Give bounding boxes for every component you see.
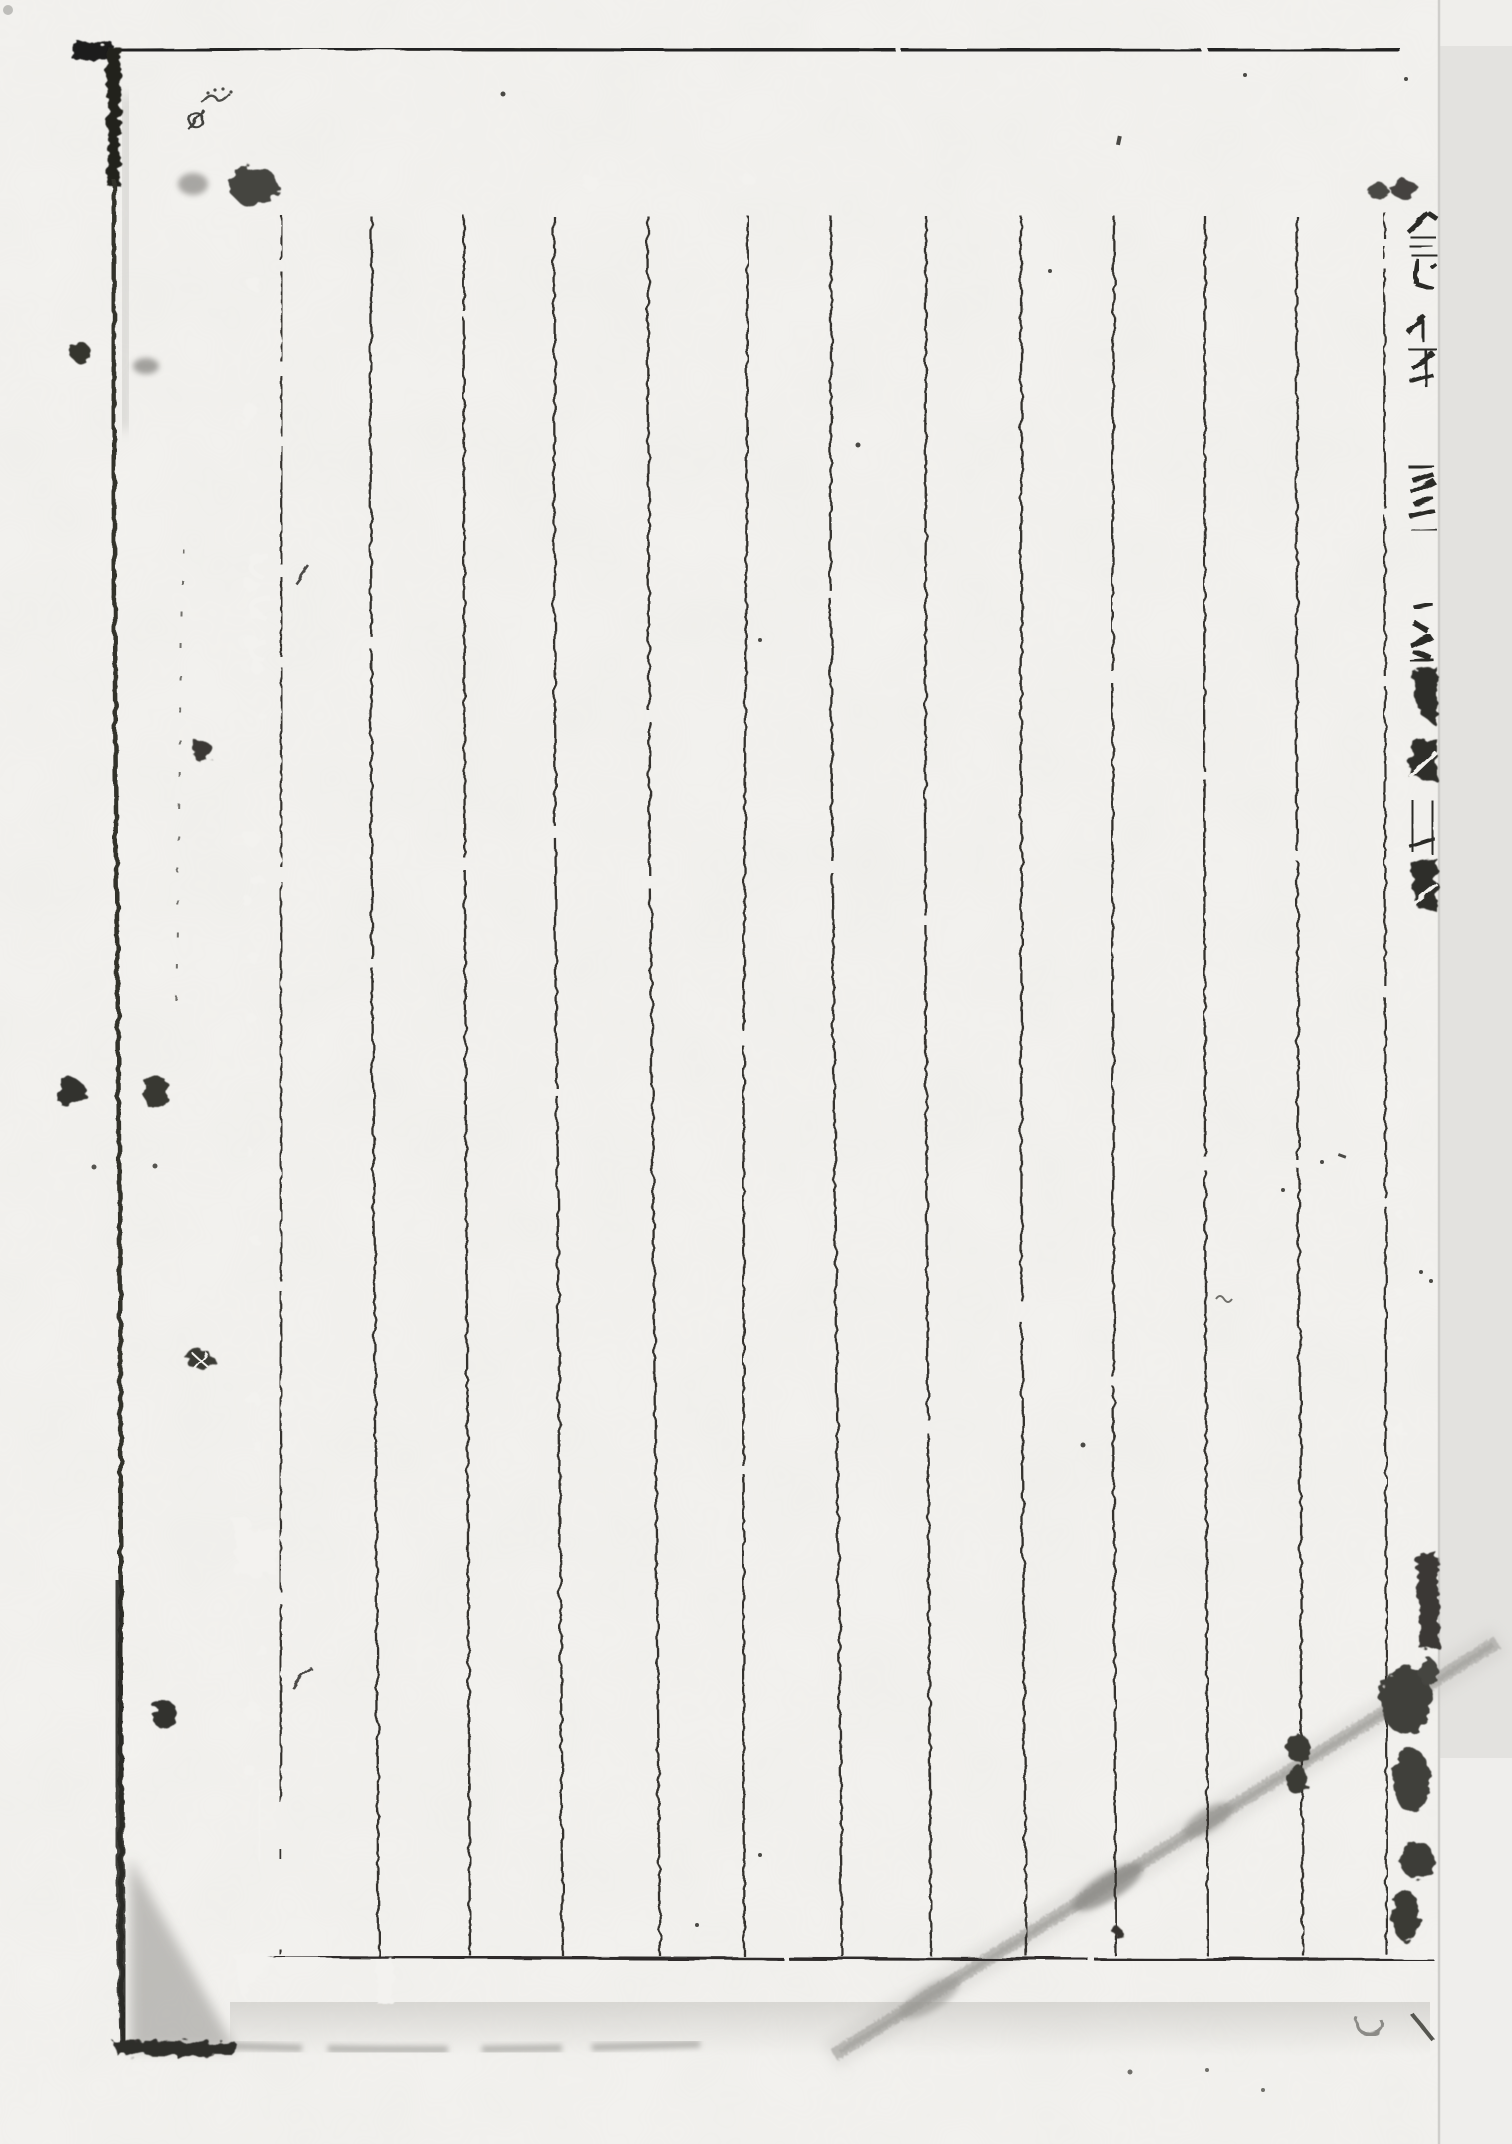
speck-18 (1261, 2088, 1265, 2092)
left-band-inner-split (259, 1780, 260, 1862)
margin-dot-1 (92, 1165, 97, 1170)
handwriting-dot-3 (221, 87, 224, 90)
right-band-gap-6 (1395, 1209, 1403, 1217)
stitch-hole-14 (246, 1013, 256, 1023)
partial-character-10: 州 (1408, 811, 1456, 867)
right-band-gap-12 (1395, 1946, 1403, 1954)
partial-character-9: 公 (1408, 619, 1456, 675)
margin-blob-1 (69, 343, 91, 361)
speck-5 (856, 443, 861, 448)
speck-12 (1419, 1270, 1423, 1274)
right-band-gap-1 (1394, 755, 1404, 765)
glyph6-stroke-1 (1409, 466, 1435, 468)
margin-stain-1 (178, 173, 208, 195)
frame-top-band-blob-1 (1367, 184, 1389, 198)
gutter-band-top-light (1438, 0, 1512, 46)
right-border-smudge-4 (1400, 1841, 1434, 1879)
right-band-gap-7 (1395, 1288, 1403, 1296)
left-band-big-gap (236, 1530, 276, 1575)
stitch-hole-12 (243, 897, 253, 907)
top-left-corner-nub (3, 5, 13, 15)
top-band-hole-1 (582, 174, 598, 190)
stitch-hole-18 (251, 1440, 261, 1450)
right-border-smudge-3 (1392, 1748, 1430, 1812)
stitch-hole-11 (251, 874, 263, 886)
speck-14 (695, 1923, 699, 1927)
speck-13 (1429, 1279, 1433, 1283)
paper-mottle (0, 0, 1512, 2144)
right-band-gap-10 (1395, 1506, 1403, 1514)
stitch-hole-5 (245, 579, 259, 593)
speck-10 (1281, 1188, 1285, 1192)
line11-ink-blob-2 (1287, 1765, 1307, 1795)
margin-blob-5 (153, 1700, 177, 1730)
gutter-band-bottom-light (1438, 1758, 1512, 2144)
handwriting-dot-4 (229, 90, 232, 93)
stitch-hole-20 (256, 1646, 268, 1658)
right-border-smudge-2b (1418, 1658, 1438, 1686)
speck-16 (1128, 2070, 1133, 2075)
margin-blob-3 (145, 1079, 167, 1106)
frame-bottom-band (262, 1966, 1431, 2004)
speck-15 (758, 1853, 762, 1857)
right-band-gap-2 (1395, 846, 1403, 854)
partial-character-8: 貝 (1408, 567, 1456, 623)
top-band-hole-2 (742, 174, 754, 186)
speck-17 (1205, 2068, 1209, 2072)
scan-svg: 會以介不目交言貝公州 (0, 0, 1512, 2144)
stitch-hole-1 (246, 276, 260, 290)
right-border-smudge-5 (1393, 1890, 1419, 1942)
line9-ink-dot (1113, 1928, 1123, 1938)
bottom-band-gap (377, 1960, 394, 2004)
speck-3 (1243, 73, 1247, 77)
stitch-hole-15 (245, 1148, 253, 1156)
speck-4 (1404, 77, 1408, 81)
speck-8 (1081, 1443, 1086, 1448)
margin-blob-2 (192, 740, 212, 762)
stitch-hole-21 (244, 1703, 262, 1721)
margin-dot-2 (153, 1164, 158, 1169)
speck-11 (1320, 1160, 1324, 1164)
partial-character-2: 以 (1408, 246, 1458, 302)
speck-6 (1048, 269, 1052, 273)
spine-shadow-upper (124, 95, 127, 430)
corner-junction-blob-top-left (230, 166, 278, 206)
spine-line-top (107, 46, 120, 186)
stitch-hole-10 (243, 830, 259, 846)
stitch-hole-22 (243, 1764, 255, 1776)
right-band-gap-9 (1393, 1422, 1405, 1434)
frame-top-band-blob-2 (1390, 180, 1418, 198)
stitch-hole-17 (245, 1391, 259, 1405)
stitch-hole-9 (258, 712, 266, 720)
margin-stain-2 (133, 358, 159, 374)
frame-top-band (240, 160, 1356, 200)
stitch-hole-3 (241, 415, 251, 425)
right-band-gap-4 (1395, 1101, 1403, 1109)
line11-ink-blob-1 (1286, 1734, 1310, 1762)
stitch-hole-16 (250, 1235, 260, 1245)
partial-character-5: 目 (1408, 380, 1456, 436)
scan-top-edge-left-blob (72, 42, 112, 59)
right-band-gap-3 (1395, 971, 1403, 979)
speck-1 (501, 92, 506, 97)
right-band-gap-8 (1394, 1335, 1404, 1345)
right-band-gap-5 (1394, 1165, 1404, 1175)
scanned-book-page: 會以介不目交言貝公州 (0, 0, 1512, 2144)
handwriting-dot-2 (213, 88, 216, 91)
stitch-hole-13 (248, 952, 260, 964)
speck-7 (758, 638, 762, 642)
handwriting-dot-1 (206, 91, 209, 94)
stitch-hole-8 (251, 662, 263, 674)
